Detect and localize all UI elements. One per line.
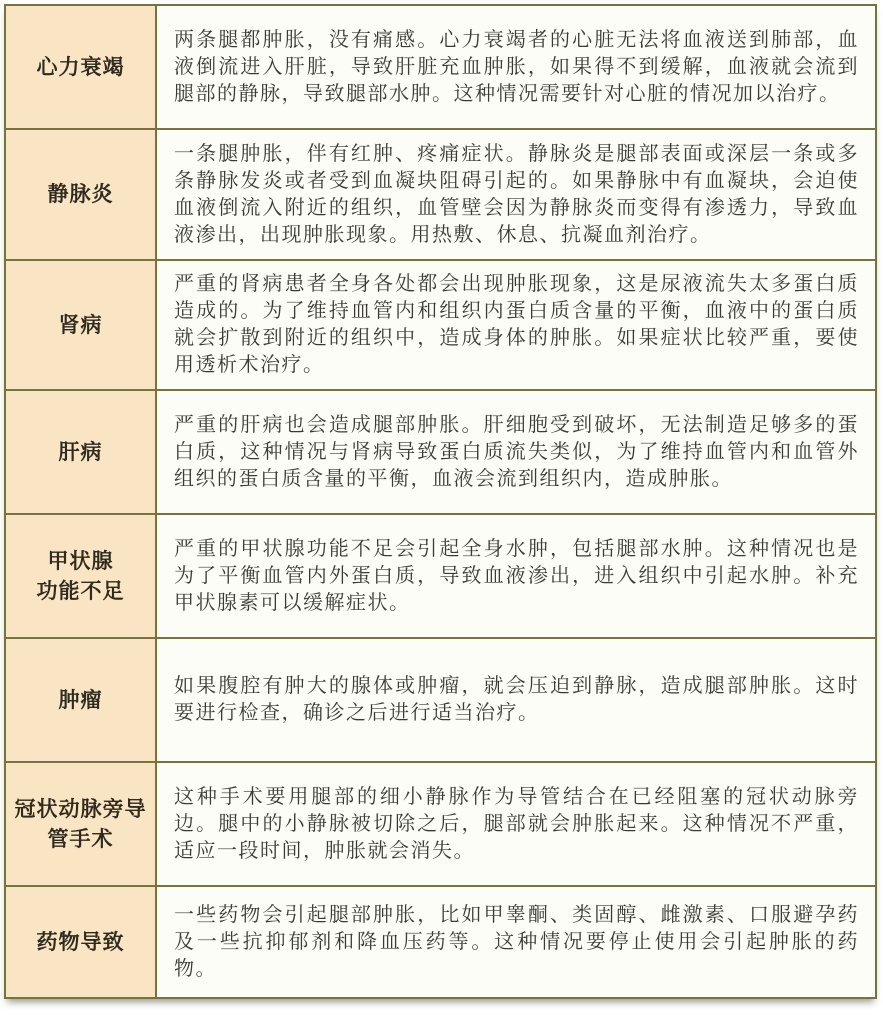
condition-name-drug-induced: 药物导致 bbox=[5, 886, 156, 998]
table-row: 心力衰竭 两条腿都肿胀，没有痛感。心力衰竭者的心脏无法将血液送到肺部，血液倒流进… bbox=[5, 5, 876, 129]
condition-description: 严重的甲状腺功能不足会引起全身水肿，包括腿部水肿。这种情况也是为了平衡血管内外蛋… bbox=[156, 514, 876, 638]
causes-of-leg-swelling-table: 心力衰竭 两条腿都肿胀，没有痛感。心力衰竭者的心脏无法将血液送到肺部，血液倒流进… bbox=[4, 4, 877, 999]
table-row: 冠状动脉旁导 管手术 这种手术要用腿部的细小静脉作为导管结合在已经阻塞的冠状动脉… bbox=[5, 762, 876, 886]
condition-name-kidney-disease: 肾病 bbox=[5, 260, 156, 390]
table-row: 肝病 严重的肝病也会造成腿部肿胀。肝细胞受到破坏，无法制造足够多的蛋白质，这种情… bbox=[5, 390, 876, 514]
condition-description: 严重的肝病也会造成腿部肿胀。肝细胞受到破坏，无法制造足够多的蛋白质，这种情况与肾… bbox=[156, 390, 876, 514]
condition-name-liver-disease: 肝病 bbox=[5, 390, 156, 514]
table-row: 肿瘤 如果腹腔有肿大的腺体或肿瘤，就会压迫到静脉，造成腿部肿胀。这时要进行检查，… bbox=[5, 638, 876, 762]
condition-description: 如果腹腔有肿大的腺体或肿瘤，就会压迫到静脉，造成腿部肿胀。这时要进行检查，确诊之… bbox=[156, 638, 876, 762]
condition-name-heart-failure: 心力衰竭 bbox=[5, 5, 156, 129]
table-row: 甲状腺 功能不足 严重的甲状腺功能不足会引起全身水肿，包括腿部水肿。这种情况也是… bbox=[5, 514, 876, 638]
table-row: 肾病 严重的肾病患者全身各处都会出现肿胀现象，这是尿液流失太多蛋白质造成的。为了… bbox=[5, 260, 876, 390]
condition-description: 一些药物会引起腿部肿胀，比如甲睾酮、类固醇、雌激素、口服避孕药及一些抗抑郁剂和降… bbox=[156, 886, 876, 998]
condition-name-hypothyroidism: 甲状腺 功能不足 bbox=[5, 514, 156, 638]
medical-reference-table: 心力衰竭 两条腿都肿胀，没有痛感。心力衰竭者的心脏无法将血液送到肺部，血液倒流进… bbox=[4, 4, 877, 999]
condition-description: 两条腿都肿胀，没有痛感。心力衰竭者的心脏无法将血液送到肺部，血液倒流进入肝脏，导… bbox=[156, 5, 876, 129]
condition-description: 严重的肾病患者全身各处都会出现肿胀现象，这是尿液流失太多蛋白质造成的。为了维持血… bbox=[156, 260, 876, 390]
condition-name-tumor: 肿瘤 bbox=[5, 638, 156, 762]
table-row: 静脉炎 一条腿肿胀，伴有红肿、疼痛症状。静脉炎是腿部表面或深层一条或多条静脉发炎… bbox=[5, 129, 876, 260]
condition-description: 这种手术要用腿部的细小静脉作为导管结合在已经阻塞的冠状动脉旁边。腿中的小静脉被切… bbox=[156, 762, 876, 886]
condition-description: 一条腿肿胀，伴有红肿、疼痛症状。静脉炎是腿部表面或深层一条或多条静脉发炎或者受到… bbox=[156, 129, 876, 260]
condition-name-phlebitis: 静脉炎 bbox=[5, 129, 156, 260]
table-row: 药物导致 一些药物会引起腿部肿胀，比如甲睾酮、类固醇、雌激素、口服避孕药及一些抗… bbox=[5, 886, 876, 998]
condition-name-coronary-bypass-surgery: 冠状动脉旁导 管手术 bbox=[5, 762, 156, 886]
